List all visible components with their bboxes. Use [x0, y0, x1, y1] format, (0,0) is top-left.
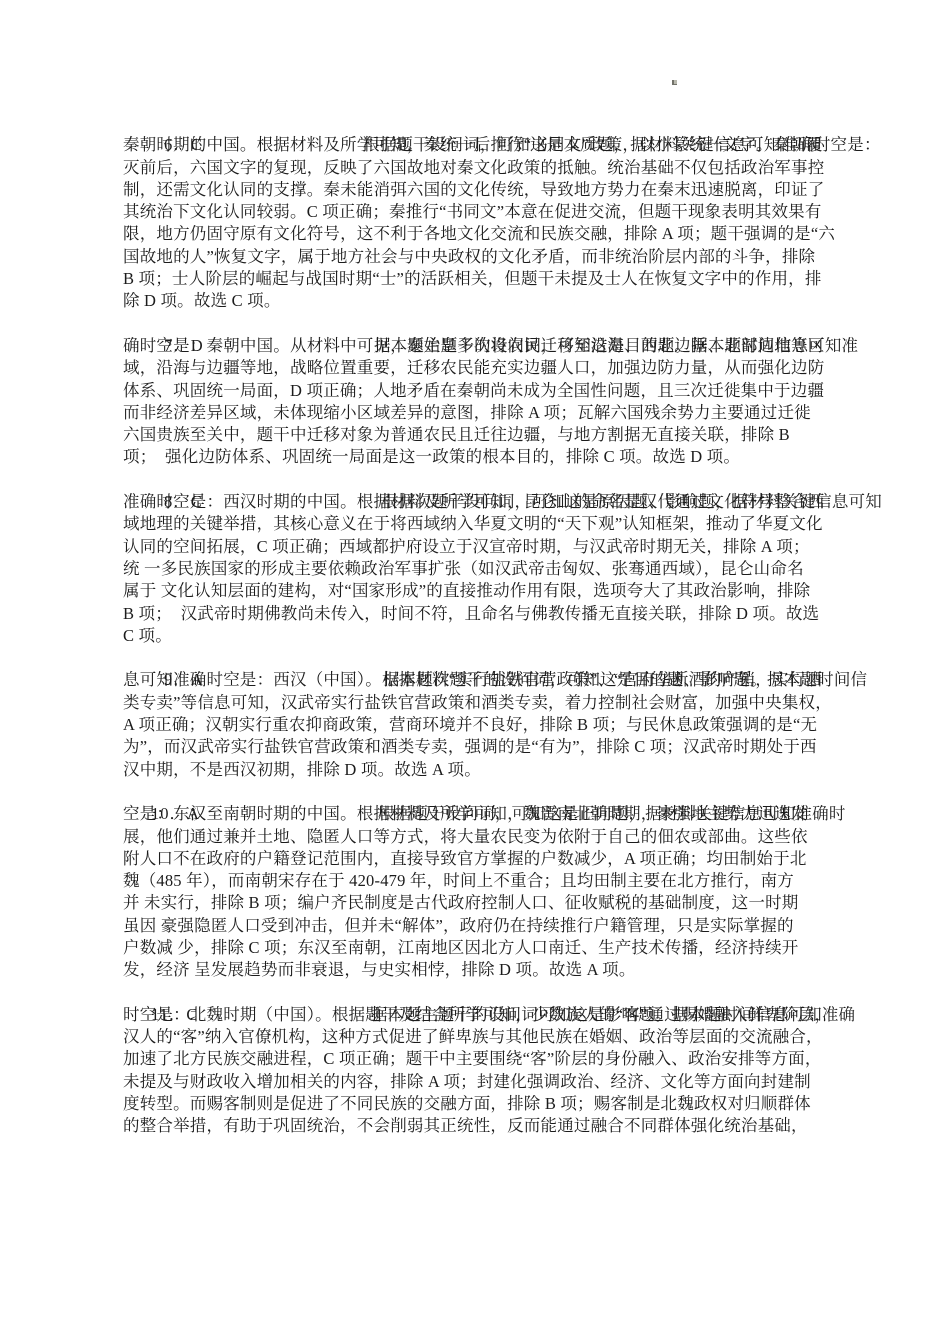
explanation-line: 国故地的人”恢复文字，属于地方社会与中央政权的文化矛盾，而非统治阶层内部的斗争，… — [123, 246, 863, 268]
explanation-line: 空是：东汉至南朝时期的中国。根据材料及所学可知，魏晋南北朝时期，豪强地主势力迅速… — [123, 803, 863, 825]
explanation-line: 属于 文化认知层面的建构，对“国家形成”的直接推动作用有限，选项夸大了其政治影响… — [123, 580, 863, 602]
answer-first-line: 8．C根据次题干设问词，可知这是原因题、影响题，据材料关键信息可知 — [123, 469, 863, 491]
explanation-line: A 项正确；汉朝实行重农抑商政策，营商环境并不良好，排除 B 项；与民休息政策强… — [123, 714, 863, 736]
explanation-line: B 项； 汉武帝时期佛教尚未传入，时间不符，且命名与佛教传播无直接关联，排除 D… — [123, 603, 863, 625]
sections: 6．C根据题干设问词，可知这是本质题，据材料关键信息可知准确时空是： 秦朝时期的… — [123, 112, 863, 1138]
explanation-line: 汉中期，不是西汉初期，排除 D 项。故选 A 项。 — [123, 759, 863, 781]
answer-section: 6．C根据题干设问词，可知这是本质题，据材料关键信息可知准确时空是： 秦朝时期的… — [123, 112, 863, 313]
explanation-line: 域地理的关键举措，其核心意义在于将西域纳入华夏文明的“天下观”认知框架，推动了华… — [123, 513, 863, 535]
answer-section: 8．C根据次题干设问词，可知这是原因题、影响题，据材料关键信息可知 准确时空是：… — [123, 469, 863, 647]
explanation-line: 限，地方仍固守原有文化符号，这不利于各地文化交流和民族交融，排除 A 项；题干强… — [123, 223, 863, 245]
answer-section: 7．D据本题主题干的设问词，可知这是目的题。据本题时间信息可知准 确时空是：秦朝… — [123, 313, 863, 469]
explanation-line: 认同的空间拓展，C 项正确；西域都护府设立于汉宣帝时期，与汉武帝时期无关，排除 … — [123, 536, 863, 558]
answer-first-line: 11．C据本题主题干的设问词可知这是影响题。据本题时间信息可知准确 — [123, 982, 863, 1004]
explanation-line: 准确时空是：西汉时期的中国。根据材料及所学可知，昆仑山的命名是汉代通过文化符号整… — [123, 491, 863, 513]
explanation-line: 时空是：北魏时期（中国）。根据题干及结合所学可知，少数族人的“客”通过赐婚融入鲜… — [123, 1004, 863, 1026]
answer-first-line: 9．A据本题次题干的设问词，可知这是目的题、影响题。据本题时间信 — [123, 647, 863, 669]
explanation-line: B 项；士人阶层的崛起与战国时期“士”的活跃相关，但题干未提及士人在恢复文字中的… — [123, 268, 863, 290]
stray-mark — [672, 80, 677, 85]
answer-section: 11．C据本题主题干的设问词可知这是影响题。据本题时间信息可知准确 时空是：北魏… — [123, 982, 863, 1138]
explanation-line: 体系、巩固统一局面，D 项正确；人地矛盾在秦朝尚未成为全国性问题，且三次迁徙集中… — [123, 380, 863, 402]
explanation-line: 加速了北方民族交融进程，C 项正确；题干中主要围绕“客”阶层的身份融入、政治安排… — [123, 1048, 863, 1070]
explanation-line: 除 D 项。故选 C 项。 — [123, 290, 863, 312]
answer-first-line: 6．C根据题干设问词，可知这是本质题，据材料关键信息可知准确时空是： — [123, 112, 863, 134]
explanation-line: 类专卖”等信息可知，汉武帝实行盐铁官营政策和酒类专卖，着力控制社会财富，加强中央… — [123, 692, 863, 714]
explanation-line: 为”，而汉武帝实行盐铁官营政策和酒类专卖，强调的是“有为”，排除 C 项；汉武帝… — [123, 736, 863, 758]
explanation-line: 魏（485 年），而南朝宋存在于 420-479 年，时间上不重合；且均田制主要… — [123, 870, 863, 892]
explanation-line: 项； 强化边防体系、巩固统一局面是这一政策的根本目的，排除 C 项。故选 D 项… — [123, 446, 863, 468]
answer-first-line: 10．A根据题干设问词，可知这是正向题，据材料关键信息可知准确时 — [123, 781, 863, 803]
explanation-line: 其统治下文化认同较弱。C 项正确；秦推行“书同文”本意在促进交流，但题干现象表明… — [123, 201, 863, 223]
explanation-line: 汉人的“客”纳入官僚机构，这种方式促进了鲜卑族与其他民族在婚姻、政治等层面的交流… — [123, 1026, 863, 1048]
answer-key-content: 6．C根据题干设问词，可知这是本质题，据材料关键信息可知准确时空是： 秦朝时期的… — [123, 112, 863, 1138]
explanation-line: 的整合举措，有助于巩固统治，不会削弱其正统性，反而能通过融合不同群体强化统治基础… — [123, 1115, 863, 1137]
explanation-line: 秦朝时期的中国。根据材料及所学可知，秦统一后推行“书同文”政策，以小篆统一文字。… — [123, 134, 863, 156]
explanation-line: 确时空是：秦朝中国。从材料中可见，秦始皇多次将农民迁移至沿海、西北边陲、北部边地… — [123, 335, 863, 357]
explanation-line: 发，经济 呈发展趋势而非衰退，与史实相悖，排除 D 项。故选 A 项。 — [123, 959, 863, 981]
explanation-line: 六国贵族至关中，题干中迁移对象为普通农民且迁往边疆，与地方割据无直接关联，排除 … — [123, 424, 863, 446]
explanation-line: C 项。 — [123, 625, 863, 647]
explanation-line: 附人口不在政府的户籍登记范围内，直接导致官方掌握的户数减少，A 项正确；均田制始… — [123, 848, 863, 870]
explanation-line: 户数减 少，排除 C 项；东汉至南朝，江南地区因北方人口南迁、生产技术传播，经济… — [123, 937, 863, 959]
answer-section: 10．A根据题干设问词，可知这是正向题，据材料关键信息可知准确时 空是：东汉至南… — [123, 781, 863, 982]
explanation-line: 而非经济差异区域，未体现缩小区域差异的意图，排除 A 项；瓦解六国残余势力主要通… — [123, 402, 863, 424]
explanation-line: 并 未实行，排除 B 项；编户齐民制度是古代政府控制人口、征收赋税的基础制度，这… — [123, 892, 863, 914]
explanation-line: 未提及与财政收入增加相关的内容，排除 A 项；封建化强调政治、经济、文化等方面向… — [123, 1071, 863, 1093]
explanation-line: 虽因 豪强隐匿人口受到冲击，但并未“解体”，政府仍在持续推行户籍管理，只是实际掌… — [123, 915, 863, 937]
explanation-line: 灭前后，六国文字的复现，反映了六国故地对秦文化政策的抵触。统治基础不仅包括政治军… — [123, 157, 863, 179]
explanation-line: 制，还需文化认同的支撑。秦未能消弭六国的文化传统，导致地方势力在秦末迅速脱离，印… — [123, 179, 863, 201]
explanation-line: 息可知准确时空是：西汉（中国）。根据材料“实行盐铁官营政策”、“官府垄断酒的产销… — [123, 669, 863, 691]
answer-section: 9．A据本题次题干的设问词，可知这是目的题、影响题。据本题时间信 息可知准确时空… — [123, 647, 863, 781]
explanation-line: 域，沿海与边疆等地，战略位置重要，迁移农民能充实边疆人口，加强边防力量，从而强化… — [123, 357, 863, 379]
answer-first-line: 7．D据本题主题干的设问词，可知这是目的题。据本题时间信息可知准 — [123, 313, 863, 335]
document-page: 6．C根据题干设问词，可知这是本质题，据材料关键信息可知准确时空是： 秦朝时期的… — [0, 0, 950, 1344]
explanation-line: 度转型。而赐客制则是促进了不同民族的交融方面，排除 B 项；赐客制是北魏政权对归… — [123, 1093, 863, 1115]
explanation-line: 统 一多民族国家的形成主要依赖政治军事扩张（如汉武帝击匈奴、张骞通西域），昆仑山… — [123, 558, 863, 580]
explanation-line: 展，他们通过兼并土地、隐匿人口等方式，将大量农民变为依附于自己的佃农或部曲。这些… — [123, 826, 863, 848]
